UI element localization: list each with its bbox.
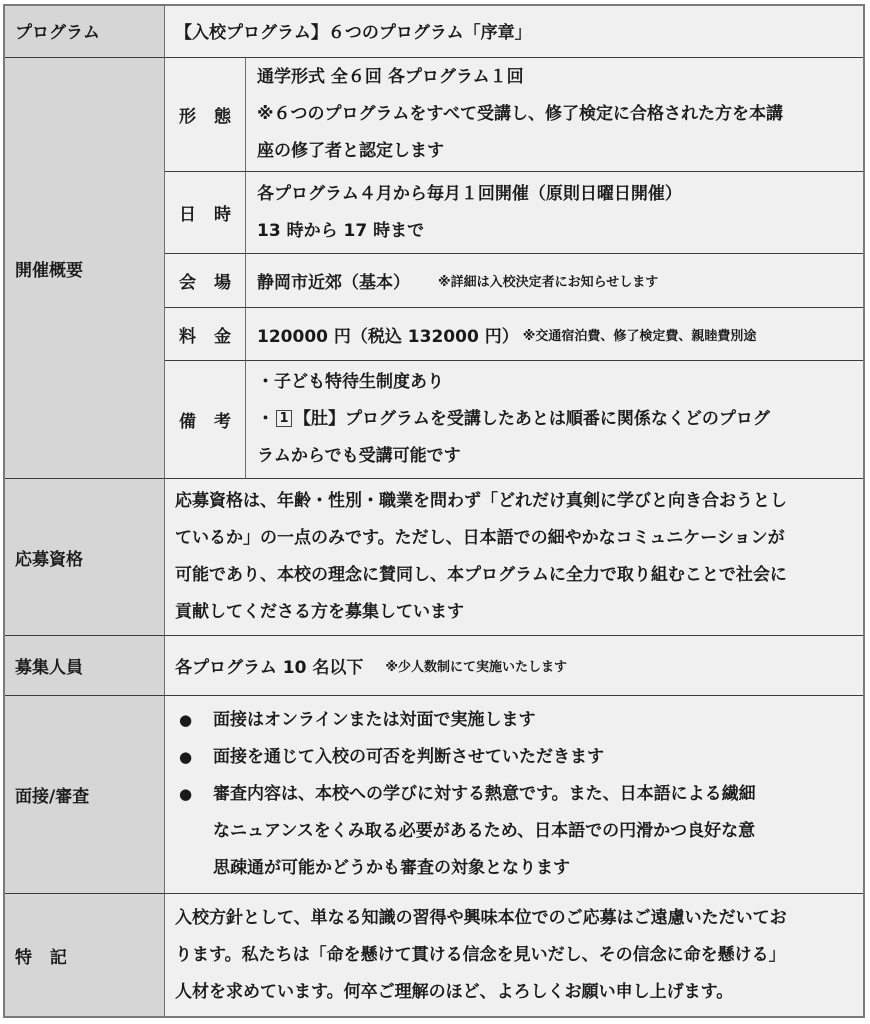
recruitment-label: 募集人員 <box>15 653 83 678</box>
interview-item-3: ● 審査内容は、本校への学びに対する熱意です。また、日本語による繊細 <box>173 776 856 813</box>
qualification-line-2: ているか」の一点のみです。ただし、日本語での細やかなコミュニケーションが <box>175 520 856 557</box>
recruitment-label-cell: 募集人員 <box>3 636 165 696</box>
remarks-line-1: 入校方針として、単なる知識の習得や興味本位でのご応募はご遠慮いただいてお <box>175 900 856 937</box>
format-label-cell: 形 態 <box>165 58 246 172</box>
bullet-icon: ● <box>173 702 213 739</box>
notes-line-3: ラムからでも受講可能です <box>257 438 856 475</box>
program-label-cell: プログラム <box>3 4 165 58</box>
interview-value-cell: ● 面接はオンラインまたは対面で実施します ● 面接を通じて入校の可否を判断させ… <box>165 696 865 894</box>
qualification-label-cell: 応募資格 <box>3 479 165 636</box>
interview-item-2: ● 面接を通じて入校の可否を判断させていただきます <box>173 739 856 776</box>
notes-line-2: ・1【肚】プログラムを受講したあとは順番に関係なくどのプログ <box>257 401 856 438</box>
venue-value-cell: 静岡市近郊（基本） ※詳細は入校決定者にお知らせします <box>246 254 865 308</box>
qualification-label: 応募資格 <box>15 545 83 570</box>
format-label: 形 態 <box>179 102 237 127</box>
datetime-line-2: 13 時から 17 時まで <box>257 213 856 250</box>
fee-label-cell: 料 金 <box>165 308 246 361</box>
interview-item-1: ● 面接はオンラインまたは対面で実施します <box>173 702 856 739</box>
notes-label-cell: 備 考 <box>165 361 246 479</box>
qualification-line-1: 応募資格は、年齢・性別・職業を問わず「どれだけ真剣に学びと向き合おうとし <box>175 483 856 520</box>
fee-main: 120000 円（税込 132000 円） <box>257 322 519 347</box>
remarks-label: 特 記 <box>15 943 73 968</box>
recruitment-main: 各プログラム 10 名以下 <box>175 653 363 678</box>
fee-note: ※交通宿泊費、修了検定費、親睦費別途 <box>523 325 757 344</box>
interview-label-cell: 面接/審査 <box>3 696 165 894</box>
format-line-1: 通学形式 全６回 各プログラム１回 <box>257 59 856 96</box>
interview-item-3-line-2: なニュアンスをくみ取る必要があるため、日本語での円滑かつ良好な意 <box>173 813 856 850</box>
venue-main: 静岡市近郊（基本） <box>257 268 410 293</box>
format-line-3: 座の修了者と認定します <box>257 133 856 170</box>
fee-label: 料 金 <box>179 322 237 347</box>
notes-line-1: ・子ども特待生制度あり <box>257 364 856 401</box>
venue-label: 会 場 <box>179 268 237 293</box>
datetime-line-1: 各プログラム４月から毎月１回開催（原則日曜日開催） <box>257 176 856 213</box>
recruitment-value-cell: 各プログラム 10 名以下 ※少人数制にて実施いたします <box>165 636 865 696</box>
overview-label: 開催概要 <box>15 256 83 281</box>
venue-note: ※詳細は入校決定者にお知らせします <box>438 271 658 290</box>
program-value: 【入校プログラム】６つのプログラム「序章」 <box>175 18 532 43</box>
remarks-value-cell: 入校方針として、単なる知識の習得や興味本位でのご応募はご遠慮いただいてお ります… <box>165 894 865 1018</box>
overview-label-cell: 開催概要 <box>3 58 165 479</box>
notes-line-2-prefix: ・ <box>257 409 274 429</box>
fee-value-cell: 120000 円（税込 132000 円） ※交通宿泊費、修了検定費、親睦費別途 <box>246 308 865 361</box>
interview-item-3-line-3: 思疎通が可能かどうかも審査の対象となります <box>173 850 856 887</box>
bullet-icon: ● <box>173 739 213 776</box>
datetime-label-cell: 日 時 <box>165 172 246 254</box>
qualification-line-4: 貢献してくださる方を募集しています <box>175 594 856 631</box>
program-value-cell: 【入校プログラム】６つのプログラム「序章」 <box>165 4 865 58</box>
format-line-2: ※６つのプログラムをすべて受講し、修了検定に合格された方を本講 <box>257 96 856 133</box>
remarks-line-2: ります。私たちは「命を懸けて貫ける信念を見いだし、その信念に命を懸ける」 <box>175 937 856 974</box>
format-value-cell: 通学形式 全６回 各プログラム１回 ※６つのプログラムをすべて受講し、修了検定に… <box>246 58 865 172</box>
bullet-icon: ● <box>173 776 213 813</box>
notes-value-cell: ・子ども特待生制度あり ・1【肚】プログラムを受講したあとは順番に関係なくどのプ… <box>246 361 865 479</box>
qualification-line-3: 可能であり、本校の理念に賛同し、本プログラムに全力で取り組むことで社会に <box>175 557 856 594</box>
program-label: プログラム <box>15 18 100 43</box>
datetime-label: 日 時 <box>179 200 237 225</box>
qualification-value-cell: 応募資格は、年齢・性別・職業を問わず「どれだけ真剣に学びと向き合おうとし ている… <box>165 479 865 636</box>
remarks-label-cell: 特 記 <box>3 894 165 1018</box>
notes-line-2-text: 【肚】プログラムを受講したあとは順番に関係なくどのプログ <box>294 409 770 429</box>
notes-label: 備 考 <box>179 407 237 432</box>
boxed-number-icon: 1 <box>276 410 292 427</box>
remarks-line-3: 人材を求めています。何卒ご理解のほど、よろしくお願い申し上げます。 <box>175 974 856 1011</box>
datetime-value-cell: 各プログラム４月から毎月１回開催（原則日曜日開催） 13 時から 17 時まで <box>246 172 865 254</box>
venue-label-cell: 会 場 <box>165 254 246 308</box>
recruitment-note: ※少人数制にて実施いたします <box>385 656 567 675</box>
interview-label: 面接/審査 <box>15 782 89 807</box>
